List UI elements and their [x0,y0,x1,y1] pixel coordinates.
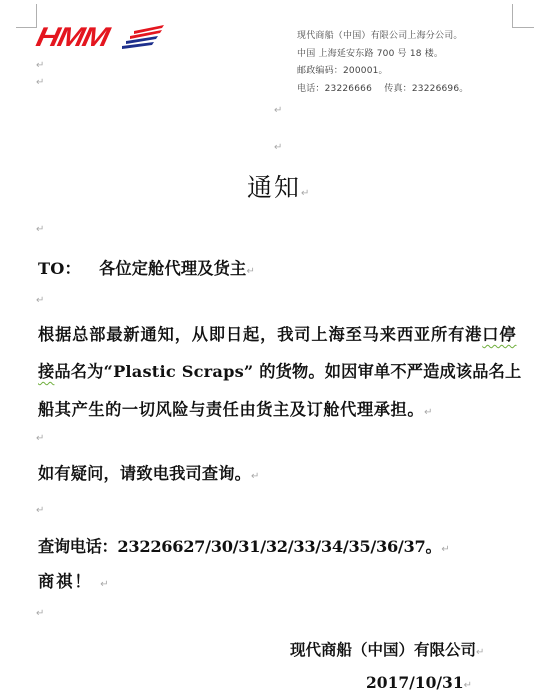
body-text: 船其产生的一切风险与责任由货主及订舱代理承担。 [38,400,424,419]
signature-company: 现代商船（中国）有限公司↵ [290,638,484,660]
inquiry-phone: 查询电话：23226627/30/31/32/33/34/35/36/37。↵ [38,533,449,557]
paragraph-mark-icon: ↵ [36,433,44,444]
paragraph-mark-icon: ↵ [441,544,449,555]
paragraph-mark-icon: ↵ [36,295,44,306]
recipient-label: TO： [38,259,81,278]
corner-mark-top-left-horizontal [16,27,37,28]
signature-date: 2017/10/31↵ [366,673,472,692]
paragraph-mark-icon: ↵ [251,471,260,482]
recipient-value: 各位定舱代理及货主 [99,259,247,278]
recipient-line: TO：各位定舱代理及货主↵ [38,255,255,279]
paragraph-mark-icon: ↵ [274,142,282,153]
paragraph-mark-icon: ↵ [301,188,311,199]
notice-title: 通知↵ [247,168,311,204]
corner-mark-top-left-vertical [36,4,37,27]
corner-mark-top-right-horizontal [512,27,534,28]
logo-text: HMM [33,22,110,53]
body-text: 品名为“Plastic Scraps” 的货物。如因审单不严造成该品名上 [54,362,521,381]
paragraph-mark-icon: ↵ [476,647,484,658]
signature-company-text: 现代商船（中国）有限公司 [290,640,476,659]
header-address-line: 邮政编码：200001。 [297,63,388,76]
paragraph-mark-icon: ↵ [36,505,44,516]
header-address-line: 中国 上海延安东路 700 号 18 楼。 [297,46,443,59]
paragraph-mark-icon: ↵ [36,224,44,235]
inquiry-phone-text: 查询电话：23226627/30/31/32/33/34/35/36/37。 [38,537,441,556]
body-paragraph-line-2: 接品名为“Plastic Scraps” 的货物。如因审单不严造成该品名上 [38,358,521,382]
closing-line: 商祺！ ↵ [38,568,111,592]
grammar-flagged-text: 口停 [482,325,516,344]
paragraph-mark-icon: ↵ [246,266,255,277]
paragraph-mark-icon: ↵ [424,407,433,418]
body-paragraph-line-3: 船其产生的一切风险与责任由货主及订舱代理承担。↵ [38,396,433,420]
signature-date-text: 2017/10/31 [366,673,464,692]
notice-title-text: 通知 [247,173,301,202]
grammar-flagged-text: 接 [38,362,54,381]
body-text: 根据总部最新通知，从即日起，我司上海至马来西亚所有港 [38,325,482,344]
hmm-logo: HMM [40,25,165,51]
paragraph-mark-icon: ↵ [464,680,472,691]
corner-mark-top-right-vertical [512,4,513,27]
paragraph-mark-icon: ↵ [100,579,110,590]
header-address-line: 电话：23226666 传真：23226696。 [297,81,468,94]
closing-text: 商祺！ [38,572,93,591]
body-paragraph-line-1: 根据总部最新通知，从即日起，我司上海至马来西亚所有港口停 [38,321,516,345]
inquiry-note: 如有疑问，请致电我司查询。↵ [38,460,260,484]
paragraph-mark-icon: ↵ [274,105,282,116]
paragraph-mark-icon: ↵ [36,77,44,88]
paragraph-mark-icon: ↵ [36,608,44,619]
paragraph-mark-icon: ↵ [36,60,44,71]
inquiry-note-text: 如有疑问，请致电我司查询。 [38,464,251,483]
logo-wave-stripes-icon [120,25,166,51]
header-address-line: 现代商船（中国）有限公司上海分公司。 [297,28,463,41]
